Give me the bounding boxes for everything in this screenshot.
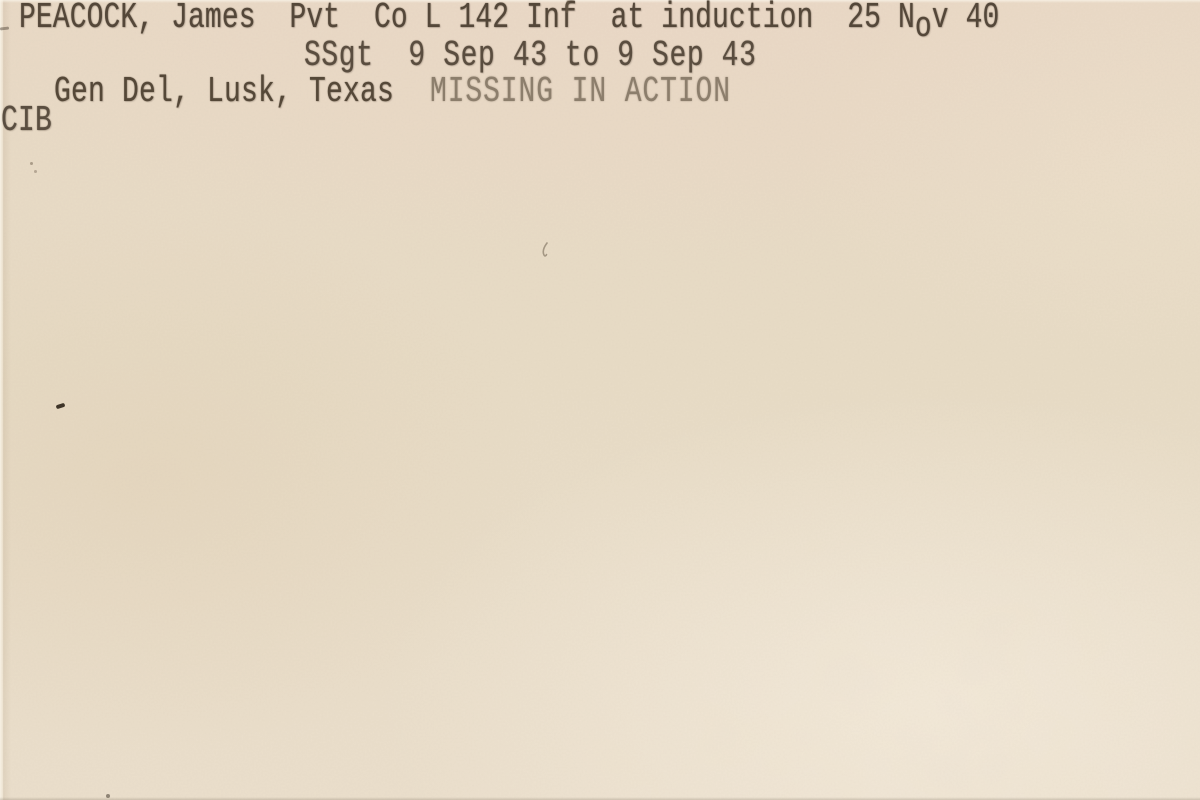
- faint-smudge-dot: [34, 170, 37, 173]
- faint-smudge-dot: [30, 162, 33, 165]
- line-home-address: Gen Del, Lusk, Texas: [54, 74, 394, 112]
- line1-subscript-o: o: [915, 9, 932, 47]
- line-name-rank-unit: PEACOCK, James Pvt Co L 142 Inf at induc…: [19, 0, 999, 38]
- dark-speck: [56, 403, 66, 410]
- line-promotion-dates: SSgt 9 Sep 43 to 9 Sep 43: [304, 38, 756, 76]
- bottom-edge-speck: [106, 794, 110, 798]
- index-card: PEACOCK, James Pvt Co L 142 Inf at induc…: [0, 0, 1200, 800]
- line1-text-pre: PEACOCK, James Pvt Co L 142 Inf at induc…: [19, 0, 915, 38]
- paper-texture: [0, 0, 1200, 800]
- line-award-cib: CIB: [1, 103, 52, 141]
- ink-squiggle-mark: [539, 241, 551, 259]
- missing-in-action-stamp: MISSING IN ACTION: [430, 74, 731, 112]
- line1-text-post: v 40: [932, 0, 1000, 38]
